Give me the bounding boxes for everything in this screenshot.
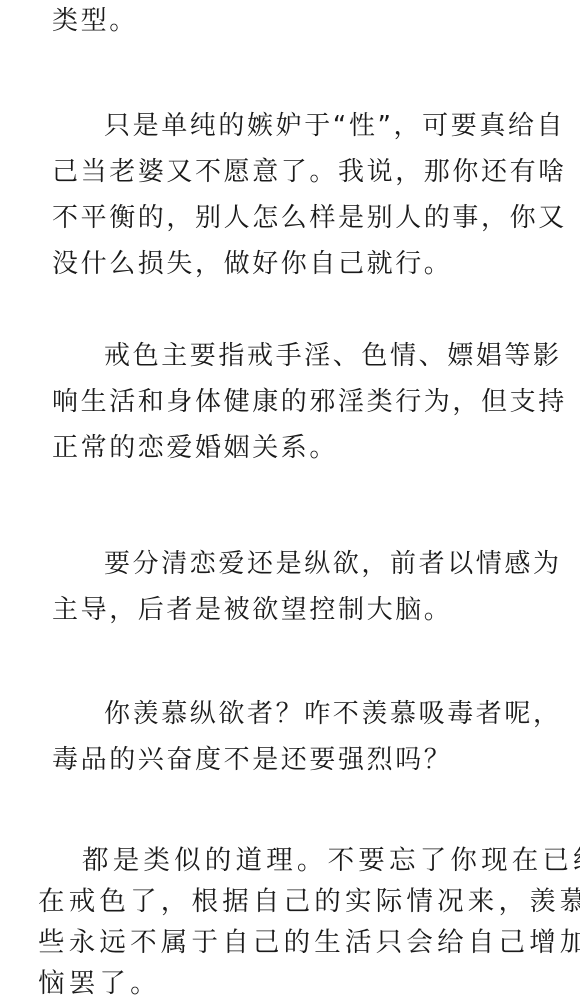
paragraph-conclusion: 都是类似的道理。不要忘了你现在已经 在戒色了，根据自己的实际情况来，羡慕那 些永… [38, 840, 518, 998]
text-line: 主导，后者是被欲望控制大脑。 [52, 587, 532, 633]
paragraph-envy-question: 你羡慕纵欲者？咋不羡慕吸毒者呢， 毒品的兴奋度不是还要强烈吗？ [52, 691, 532, 783]
text-line: 响生活和身体健康的邪淫类行为，但支持 [52, 379, 532, 425]
text-line: 只是单纯的嫉妒于“性”，可要真给自 [52, 103, 532, 149]
text-line: 都是类似的道理。不要忘了你现在已经 [38, 840, 518, 881]
text-line: 不平衡的，别人怎么样是别人的事，你又 [52, 195, 532, 241]
paragraph-jealousy: 只是单纯的嫉妒于“性”，可要真给自 己当老婆又不愿意了。我说，那你还有啥 不平衡… [52, 103, 532, 287]
text-line: 毒品的兴奋度不是还要强烈吗？ [52, 737, 532, 783]
paragraph-continuation: 类型。 [52, 0, 532, 44]
text-line: 恼罢了。 [38, 963, 518, 998]
text-line: 要分清恋爱还是纵欲，前者以情感为 [52, 541, 532, 587]
text-line: 在戒色了，根据自己的实际情况来，羡慕那 [38, 881, 518, 922]
paragraph-love-vs-lust: 要分清恋爱还是纵欲，前者以情感为 主导，后者是被欲望控制大脑。 [52, 541, 532, 633]
text-line: 类型。 [52, 0, 532, 44]
paragraph-definition: 戒色主要指戒手淫、色情、嫖娼等影 响生活和身体健康的邪淫类行为，但支持 正常的恋… [52, 333, 532, 471]
text-line: 戒色主要指戒手淫、色情、嫖娼等影 [52, 333, 532, 379]
text-line: 己当老婆又不愿意了。我说，那你还有啥 [52, 149, 532, 195]
text-line: 正常的恋爱婚姻关系。 [52, 425, 532, 471]
text-line: 你羡慕纵欲者？咋不羡慕吸毒者呢， [52, 691, 532, 737]
text-line: 些永远不属于自己的生活只会给自己增加苦 [38, 922, 518, 963]
text-line: 没什么损失，做好你自己就行。 [52, 241, 532, 287]
